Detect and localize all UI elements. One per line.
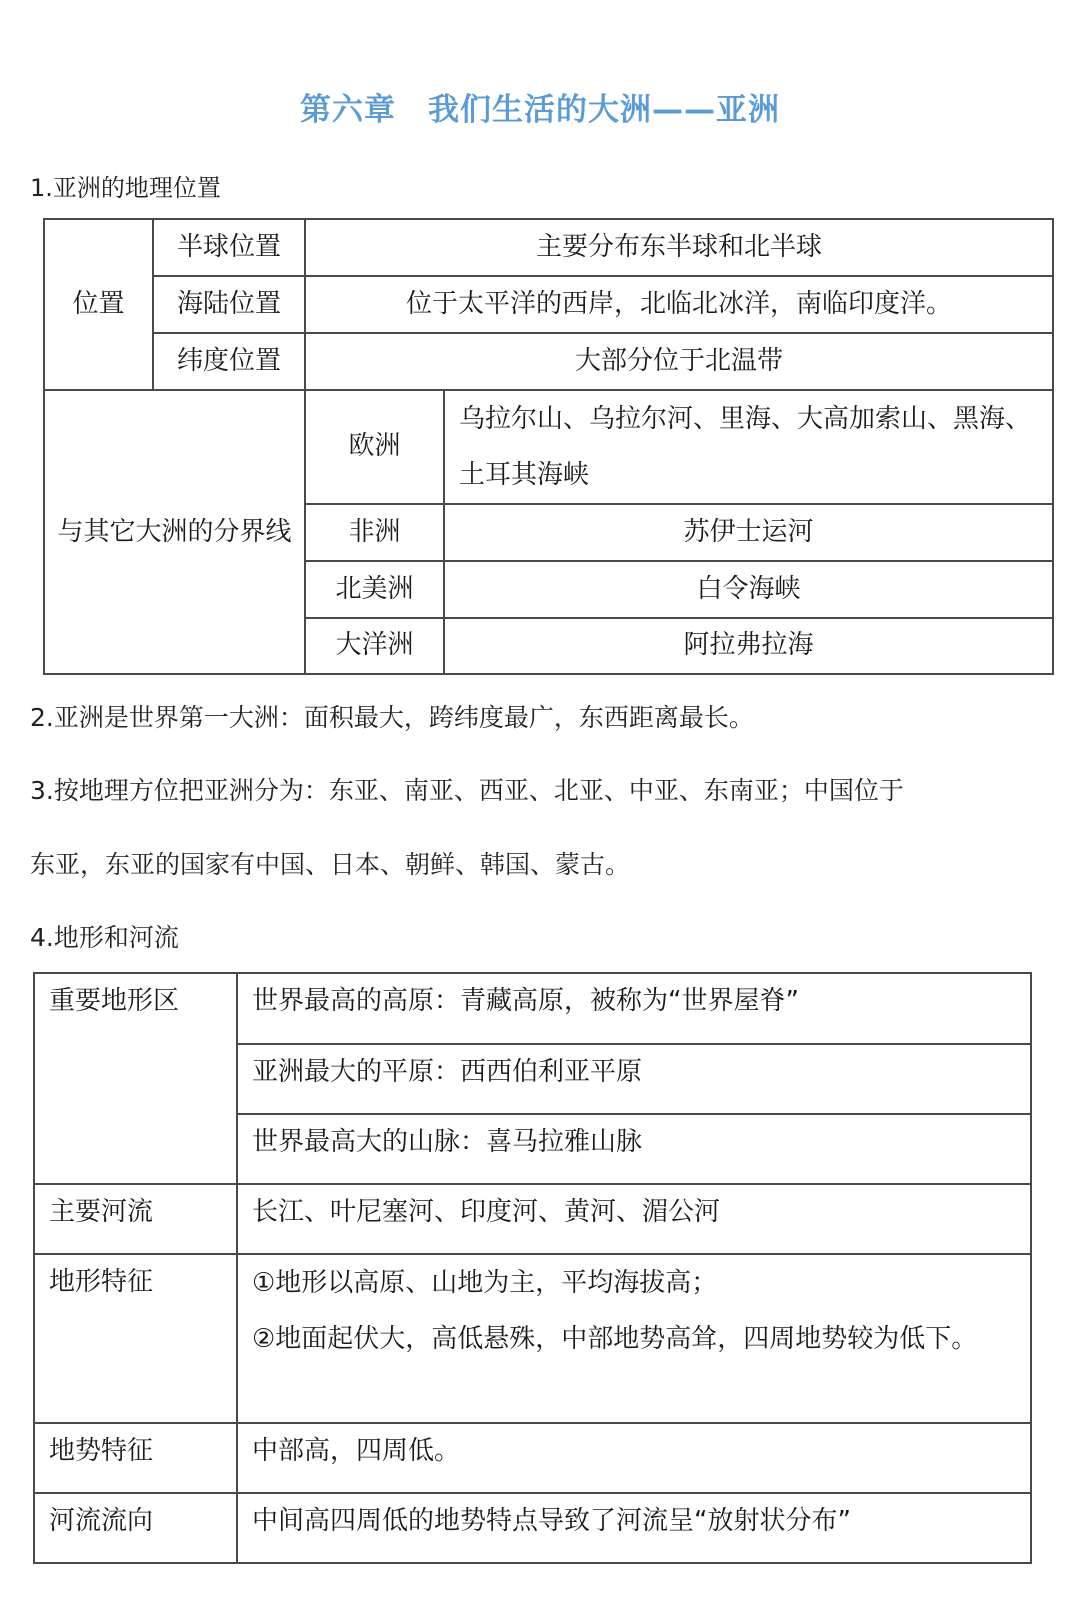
table-row: 海陆位置 位于太平洋的西岸，北临北冰洋，南临印度洋。 bbox=[44, 276, 1053, 333]
row-value: 大部分位于北温带 bbox=[305, 333, 1053, 390]
relief-value: 中部高，四周低。 bbox=[237, 1423, 1031, 1493]
row-value: 主要分布东半球和北半球 bbox=[305, 219, 1053, 276]
table-row: 主要河流 长江、叶尼塞河、印度河、黄河、湄公河 bbox=[34, 1184, 1031, 1254]
row-value: 位于太平洋的西岸，北临北冰洋，南临印度洋。 bbox=[305, 276, 1053, 333]
chapter-title: 第六章 我们生活的大洲——亚洲 bbox=[0, 84, 1080, 129]
table-row: 地势特征 中部高，四周低。 bbox=[34, 1423, 1031, 1493]
landform-item: ①地形以高原、山地为主，平均海拔高； bbox=[252, 1255, 1016, 1311]
landform-features: ①地形以高原、山地为主，平均海拔高； ②地面起伏大，高低悬殊，中部地势高耸，四周… bbox=[237, 1254, 1031, 1423]
section-3-text-line2: 东亚，东亚的国家有中国、日本、朝鲜、韩国、蒙古。 bbox=[30, 845, 630, 881]
position-label-cell: 位置 bbox=[44, 219, 153, 390]
rivers-value: 长江、叶尼塞河、印度河、黄河、湄公河 bbox=[237, 1184, 1031, 1254]
landform-label-cell: 地形特征 bbox=[34, 1254, 237, 1423]
landform-item: ②地面起伏大，高低悬殊，中部地势高耸，四周地势较为低下。 bbox=[252, 1311, 1016, 1367]
continent-label: 北美洲 bbox=[305, 561, 444, 618]
continent-label: 非洲 bbox=[305, 504, 444, 561]
section-2-text: 2.亚洲是世界第一大洲：面积最大，跨纬度最广，东西距离最长。 bbox=[30, 698, 754, 734]
continent-label: 大洋洲 bbox=[305, 618, 444, 674]
terrain-item: 世界最高的高原：青藏高原，被称为“世界屋脊” bbox=[237, 973, 1031, 1044]
boundary-value: 乌拉尔山、乌拉尔河、里海、大高加索山、黑海、土耳其海峡 bbox=[444, 390, 1053, 504]
section-1-heading: 1.亚洲的地理位置 bbox=[30, 168, 221, 203]
section-4-heading: 4.地形和河流 bbox=[30, 918, 179, 954]
row-label: 海陆位置 bbox=[153, 276, 305, 333]
table-row: 与其它大洲的分界线 欧洲 乌拉尔山、乌拉尔河、里海、大高加索山、黑海、土耳其海峡 bbox=[44, 390, 1053, 504]
terrain-item: 亚洲最大的平原：西西伯利亚平原 bbox=[237, 1044, 1031, 1114]
geographic-location-table: 位置 半球位置 主要分布东半球和北半球 海陆位置 位于太平洋的西岸，北临北冰洋，… bbox=[43, 218, 1054, 675]
relief-label-cell: 地势特征 bbox=[34, 1423, 237, 1493]
rivers-label-cell: 主要河流 bbox=[34, 1184, 237, 1254]
table-row: 地形特征 ①地形以高原、山地为主，平均海拔高； ②地面起伏大，高低悬殊，中部地势… bbox=[34, 1254, 1031, 1423]
flow-value: 中间高四周低的地势特点导致了河流呈“放射状分布” bbox=[237, 1493, 1031, 1563]
terrain-label-cell: 重要地形区 bbox=[34, 973, 237, 1184]
row-label: 半球位置 bbox=[153, 219, 305, 276]
boundary-value: 阿拉弗拉海 bbox=[444, 618, 1053, 674]
table-row: 河流流向 中间高四周低的地势特点导致了河流呈“放射状分布” bbox=[34, 1493, 1031, 1563]
table-row: 纬度位置 大部分位于北温带 bbox=[44, 333, 1053, 390]
boundary-value: 白令海峡 bbox=[444, 561, 1053, 618]
terrain-item: 世界最高大的山脉：喜马拉雅山脉 bbox=[237, 1114, 1031, 1184]
table-row: 位置 半球位置 主要分布东半球和北半球 bbox=[44, 219, 1053, 276]
row-label: 纬度位置 bbox=[153, 333, 305, 390]
terrain-rivers-table: 重要地形区 世界最高的高原：青藏高原，被称为“世界屋脊” 亚洲最大的平原：西西伯… bbox=[33, 972, 1032, 1564]
boundary-value: 苏伊士运河 bbox=[444, 504, 1053, 561]
continent-label: 欧洲 bbox=[305, 390, 444, 504]
flow-label-cell: 河流流向 bbox=[34, 1493, 237, 1563]
table-row: 重要地形区 世界最高的高原：青藏高原，被称为“世界屋脊” bbox=[34, 973, 1031, 1044]
section-3-text-line1: 3.按地理方位把亚洲分为：东亚、南亚、西亚、北亚、中亚、东南亚；中国位于 bbox=[30, 771, 904, 807]
boundary-label-cell: 与其它大洲的分界线 bbox=[44, 390, 305, 674]
